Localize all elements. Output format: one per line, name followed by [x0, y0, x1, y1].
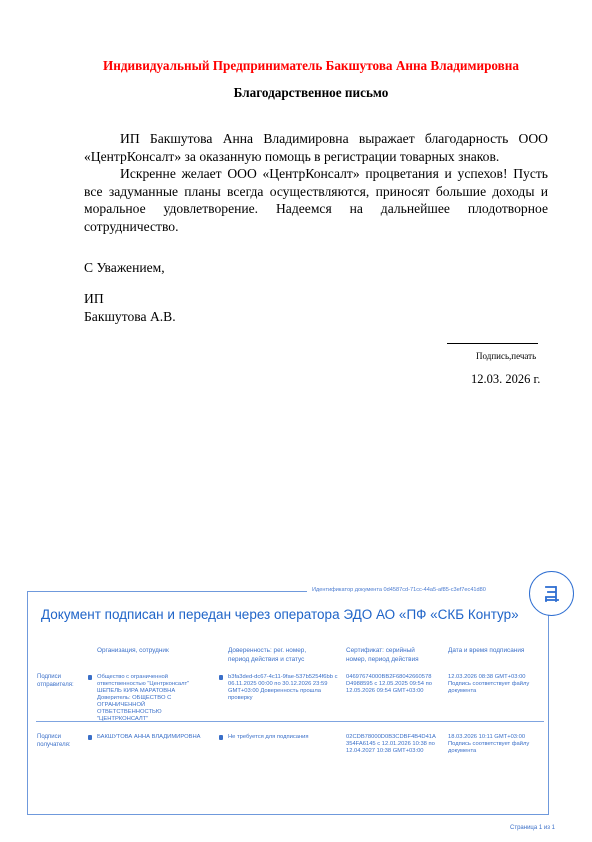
- document-icon: [219, 735, 223, 740]
- frame-border: [548, 614, 549, 815]
- col-header-cert: Сертификат: серийный номер, период дейст…: [346, 647, 426, 664]
- col-header-datetime: Дата и время подписания: [448, 647, 524, 656]
- person-icon: [88, 735, 92, 740]
- letter-header: Индивидуальный Предприниматель Бакшутова…: [0, 58, 592, 74]
- frame-border: [27, 814, 548, 815]
- person-icon: [88, 675, 92, 680]
- sender-cert: 04697674000BB2F68042660578 D4988595 с 12…: [346, 674, 438, 695]
- row-separator: [36, 721, 544, 722]
- receiver-org: БАКШУТОВА АННА ВЛАДИМИРОВНА: [97, 734, 212, 741]
- signer: ИП Бакшутова А.В.: [84, 290, 176, 325]
- sender-org: Общество с ограниченной ответственностью…: [97, 674, 207, 723]
- row-label-sender: Подписи отправителя:: [37, 674, 77, 689]
- page-number: Страница 1 из 1: [510, 825, 555, 831]
- kontur-logo-glyph: [542, 584, 562, 604]
- document-icon: [219, 675, 223, 680]
- letter-body: ИП Бакшутова Анна Владимировна выражает …: [84, 130, 548, 235]
- col-header-poa: Доверенность: рег. номер, период действи…: [228, 647, 328, 664]
- signature-line: [447, 343, 538, 344]
- signer-title: ИП: [84, 290, 176, 308]
- sender-datetime: 12.03.2026 08:38 GMT+03:00 Подпись соотв…: [448, 674, 540, 695]
- receiver-cert: 02CDB78000D0B3CDBF4B4D41A 354FA6145 с 12…: [346, 734, 438, 755]
- sender-poa: b3fa3ded-dc67-4c11-9fae-537b5254f6bb с 0…: [228, 674, 340, 702]
- kontur-logo-icon: [529, 571, 574, 616]
- closing: С Уважением,: [84, 259, 165, 277]
- receiver-poa: Не требуется для подписания: [228, 734, 340, 741]
- row-label-receiver: Подписи получателя:: [37, 734, 77, 749]
- letter-title: Благодарственное письмо: [0, 85, 592, 101]
- frame-border: [27, 591, 28, 815]
- stamp-title: Документ подписан и передан через операт…: [41, 607, 519, 622]
- signer-name: Бакшутова А.В.: [84, 308, 176, 326]
- document-id: Идентификатор документа 0d4587cd-71cc-44…: [312, 587, 486, 593]
- frame-border: [27, 591, 307, 592]
- letter-date: 12.03. 2026 г.: [471, 372, 540, 387]
- receiver-datetime: 18.03.2026 10:11 GMT+03:00 Подпись соотв…: [448, 734, 540, 755]
- signature-label: Подпись,печать: [476, 351, 536, 361]
- paragraph: ИП Бакшутова Анна Владимировна выражает …: [84, 130, 548, 165]
- paragraph: Искренне желает ООО «ЦентрКонсалт» процв…: [84, 165, 548, 235]
- col-header-org: Организация, сотрудник: [97, 647, 169, 656]
